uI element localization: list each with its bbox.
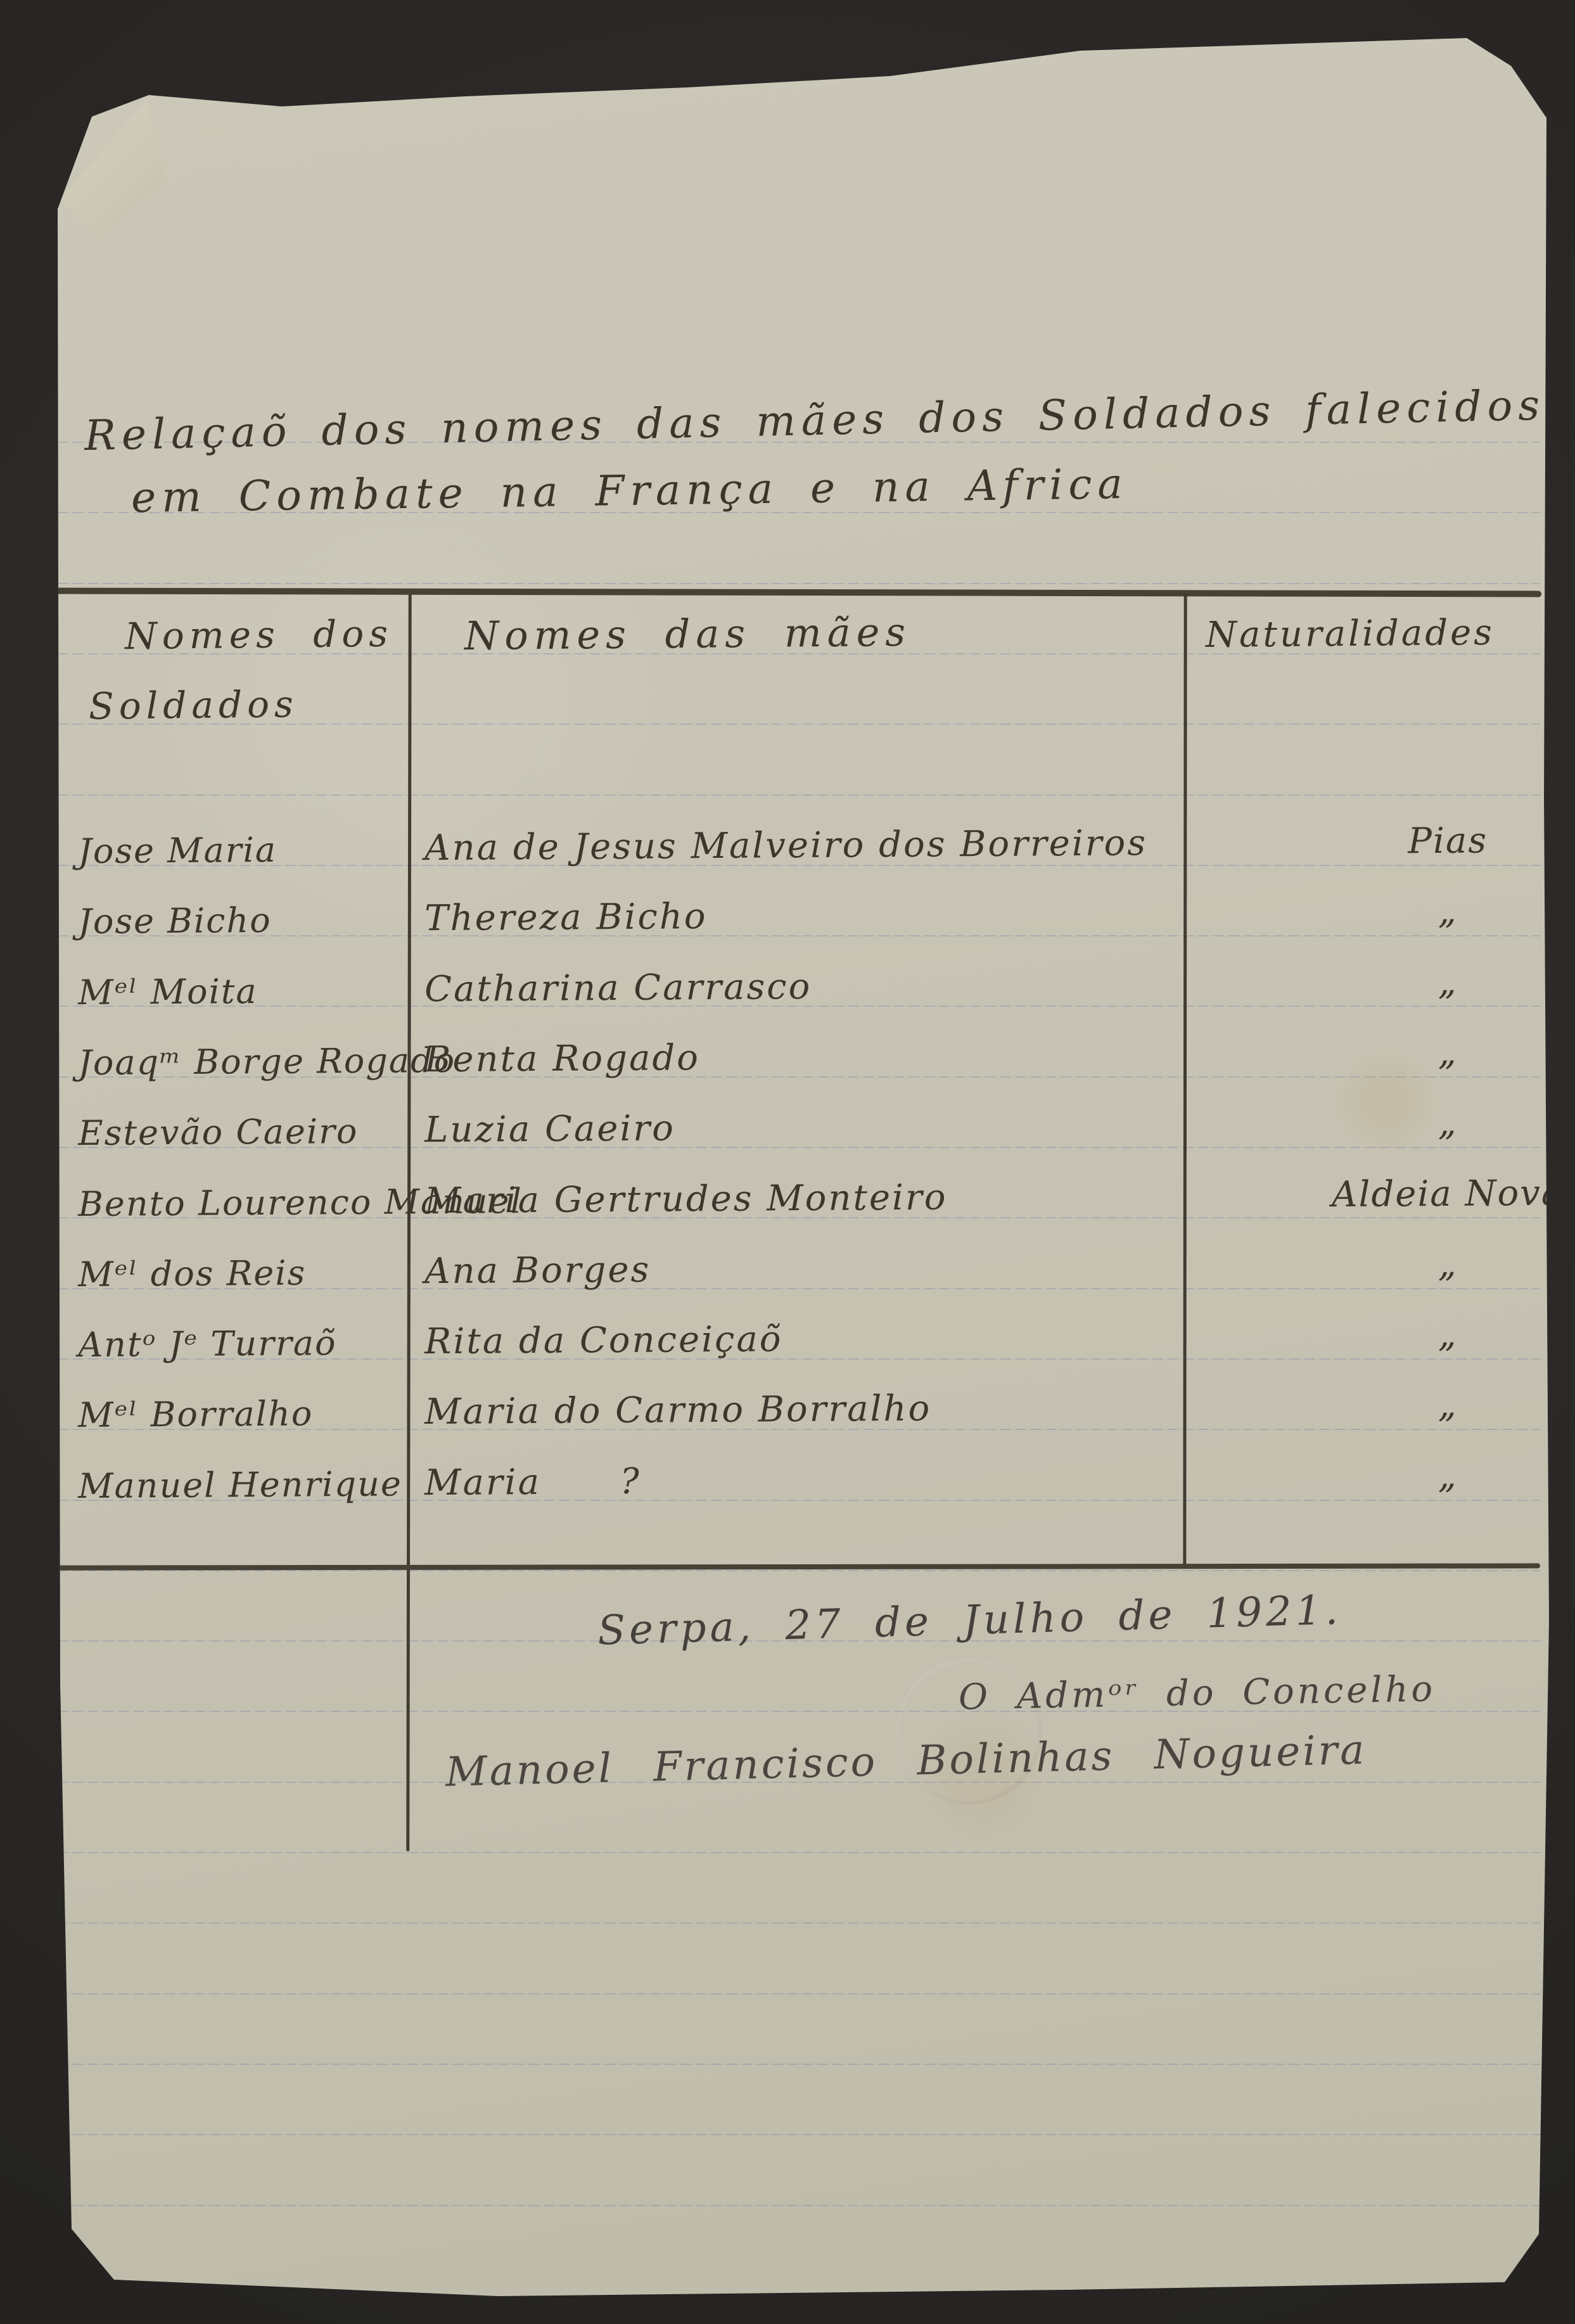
mother-name: Thereza Bicho [424, 899, 708, 936]
ruled-line [58, 583, 1540, 584]
naturalidade: „ [1188, 964, 1575, 1002]
ruled-line [58, 2064, 1540, 2065]
mother-name: Rita da Conceiçaõ [424, 1322, 783, 1360]
table-row: Joaqᵐ Borge Rogado Benta Rogado „ [54, 1007, 1551, 1080]
ruled-line [58, 2134, 1540, 2135]
document-title-line2: em Combate na França e na Africa [131, 463, 1128, 519]
mother-name: Maria ? [424, 1464, 641, 1500]
header-soldiers-line2: Soldados [89, 686, 298, 724]
ruled-line [58, 1922, 1540, 1924]
soldier-name: Antᵒ Jᵉ Turraõ [78, 1326, 337, 1362]
naturalidade: „ [1188, 893, 1575, 931]
ruled-line [58, 1993, 1540, 1995]
naturalidade: „ [1188, 1034, 1575, 1073]
dateline: Serpa, 27 de Julho de 1921. [597, 1590, 1342, 1652]
naturalidade: „ [1188, 1316, 1575, 1355]
ruled-line [58, 795, 1540, 796]
embossed-seal [896, 1659, 1042, 1804]
naturalidade: „ [1188, 1104, 1575, 1143]
mother-name: Benta Rogado [424, 1040, 700, 1078]
table-column-divider-1 [406, 593, 411, 1851]
naturalidade: „ [1188, 1386, 1575, 1425]
soldier-name: Mᵉˡ dos Reis [78, 1256, 306, 1292]
table-row: Mᵉˡ Moita Catharina Carrasco „ [54, 936, 1551, 1009]
header-soldiers-line1: Nomes dos [125, 615, 393, 654]
header-naturalidades: Naturalidades [1206, 615, 1495, 653]
table-row: Antᵒ Jᵉ Turraõ Rita da Conceiçaõ „ [54, 1289, 1551, 1362]
mother-name: Catharina Carrasco [424, 969, 812, 1007]
table-row: Jose Bicho Thereza Bicho „ [54, 865, 1551, 939]
mother-name: Maria Gertrudes Monteiro [424, 1180, 948, 1219]
mother-name: Ana de Jesus Malveiro dos Borreiros [424, 826, 1147, 866]
soldier-name: Mᵉˡ Borralho [78, 1397, 313, 1433]
header-mothers: Nomes das mães [464, 613, 912, 656]
soldier-name: Mᵉˡ Moita [78, 974, 258, 1010]
mother-name: Ana Borges [424, 1252, 651, 1289]
naturalidade: „ [1188, 1457, 1575, 1496]
scan-background: Relaçaõ dos nomes das mães dos Soldados … [0, 0, 1575, 2324]
soldier-name: Manuel Henrique [78, 1467, 402, 1504]
soldier-name: Estevão Caeiro [78, 1114, 359, 1151]
table-top-border [51, 588, 1541, 597]
naturalidade: Aldeia Nova [1188, 1175, 1575, 1213]
table-row: Manuel Henrique Maria ? „ [54, 1429, 1551, 1503]
mother-name: Luzia Caeiro [424, 1111, 675, 1149]
table-row: Bento Lourenco Manuel Maria Gertrudes Mo… [54, 1147, 1551, 1221]
soldier-name: Jose Bicho [78, 903, 272, 939]
soldier-name: Jose Maria [78, 833, 277, 869]
mother-name: Maria do Carmo Borralho [424, 1391, 931, 1431]
ruled-line [58, 2205, 1540, 2206]
ruled-line [58, 1852, 1540, 1853]
table-row: Mᵉˡ dos Reis Ana Borges „ [54, 1218, 1551, 1292]
naturalidade: „ [1188, 1246, 1575, 1284]
table-row: Mᵉˡ Borralho Maria do Carmo Borralho „ [54, 1359, 1551, 1433]
document-page: Relaçaõ dos nomes das mães dos Soldados … [54, 37, 1550, 2300]
soldier-name: Joaqᵐ Borge Rogado [78, 1044, 456, 1080]
naturalidade: Pias [1188, 822, 1575, 861]
folded-corner [57, 97, 171, 243]
table-row: Jose Maria Ana de Jesus Malveiro dos Bor… [54, 795, 1551, 869]
document-title-line1: Relaçaõ dos nomes das mães dos Soldados … [84, 385, 1546, 457]
table-row: Estevão Caeiro Luzia Caeiro „ [54, 1077, 1551, 1151]
